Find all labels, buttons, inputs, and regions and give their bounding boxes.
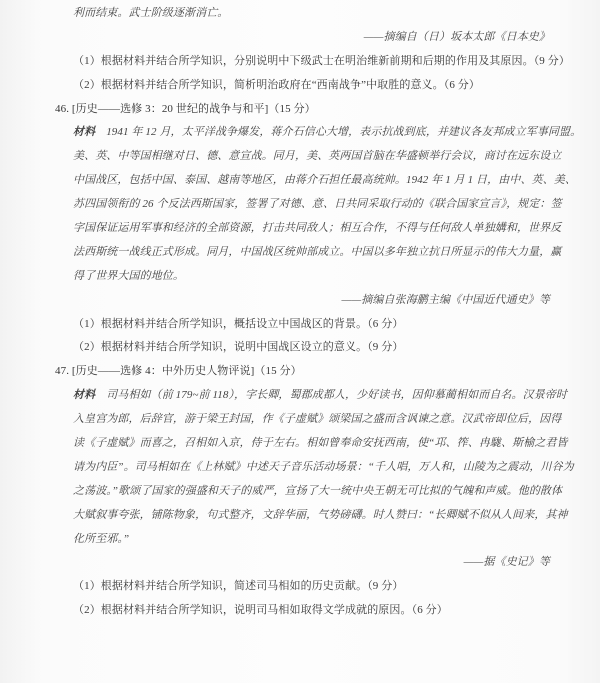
question-46-part1: （1）根据材料并结合所学知识，概括设立中国战区的背景。（6 分） [0, 313, 600, 337]
material-text: 司马相如（前 179~前 118），字长卿，蜀郡成都人，少好读书，因仰慕蔺相如而… [106, 389, 567, 401]
material-line: 美、英、中等国相继对日、德、意宣战。同月，美、英两国首脑在华盛顿举行会议，商讨在… [0, 145, 600, 169]
question-47-part2: （2）根据材料并结合所学知识，说明司马相如取得文学成就的原因。（6 分） [0, 599, 600, 623]
source-attribution-q45: ——摘编自（日）坂本太郎《日本史》 [0, 26, 600, 50]
material-line: 苏四国领衔的 26 个反法西斯国家，签署了对德、意、日共同采取行动的《联合国家宣… [0, 193, 600, 217]
material-continuation-line: 利而结束。武士阶级逐渐消亡。 [0, 2, 600, 26]
material-line: 入皇宫为郎，后辞官，游于梁王封国，作《子虚赋》颂梁国之盛而含讽谏之意。汉武帝即位… [0, 408, 600, 432]
material-line: 化所至邪。” [0, 528, 600, 552]
material-text: 1941 年 12 月，太平洋战争爆发，蒋介石信心大增，表示抗战到底，并建议各友… [106, 126, 581, 138]
material-label: 材料 [73, 389, 95, 401]
material-line: 大赋叙事夸张，铺陈物象，句式整齐，文辞华丽，气势磅礴。时人赞曰：“长卿赋不似从人… [0, 504, 600, 528]
question-46-heading: 46. [历史——选修 3：20 世纪的战争与和平]（15 分） [0, 98, 600, 122]
material-line: 请为内臣”。司马相如在《上林赋》中述天子音乐活动场景：“千人唱，万人和，山陵为之… [0, 456, 600, 480]
question-47-part1: （1）根据材料并结合所学知识，简述司马相如的历史贡献。（9 分） [0, 575, 600, 599]
question-46-part2: （2）根据材料并结合所学知识，说明中国战区设立的意义。（9 分） [0, 336, 600, 360]
material-line: 材料司马相如（前 179~前 118），字长卿，蜀郡成都人，少好读书，因仰慕蔺相… [0, 384, 600, 408]
question-45-part1: （1）根据材料并结合所学知识，分别说明中下级武士在明治维新前期和后期的作用及其原… [0, 50, 600, 74]
material-line: 字国保证运用军事和经济的全部资源，打击共同敌人；相互合作，不得与任何敌人单独媾和… [0, 217, 600, 241]
question-45-part2: （2）根据材料并结合所学知识，简析明治政府在“西南战争”中取胜的意义。（6 分） [0, 74, 600, 98]
material-line: 材料1941 年 12 月，太平洋战争爆发，蒋介石信心大增，表示抗战到底，并建议… [0, 121, 600, 145]
material-line: 法西斯统一战线正式形成。同月，中国战区统帅部成立。中国以多年独立抗日所显示的伟大… [0, 241, 600, 265]
material-line: 读《子虚赋》而喜之，召相如入京，侍于左右。相如曾奉命安抚西南，使“邛、筰、冉駹、… [0, 432, 600, 456]
material-line: 得了世界大国的地位。 [0, 265, 600, 289]
material-line: 中国战区，包括中国、泰国、越南等地区，由蒋介石担任最高统帅。1942 年 1 月… [0, 169, 600, 193]
source-attribution-q47: ——据《史记》等 [0, 551, 600, 575]
exam-paper-page: 利而结束。武士阶级逐渐消亡。 ——摘编自（日）坂本太郎《日本史》 （1）根据材料… [0, 0, 600, 683]
material-label: 材料 [73, 126, 95, 138]
question-47-heading: 47. [历史——选修 4：中外历史人物评说]（15 分） [0, 360, 600, 384]
source-attribution-q46: ——摘编自张海鹏主编《中国近代通史》等 [0, 289, 600, 313]
material-line: 之荡波。”歌颂了国家的强盛和天子的威严，宣扬了大一统中央王朝无可比拟的气魄和声威… [0, 480, 600, 504]
